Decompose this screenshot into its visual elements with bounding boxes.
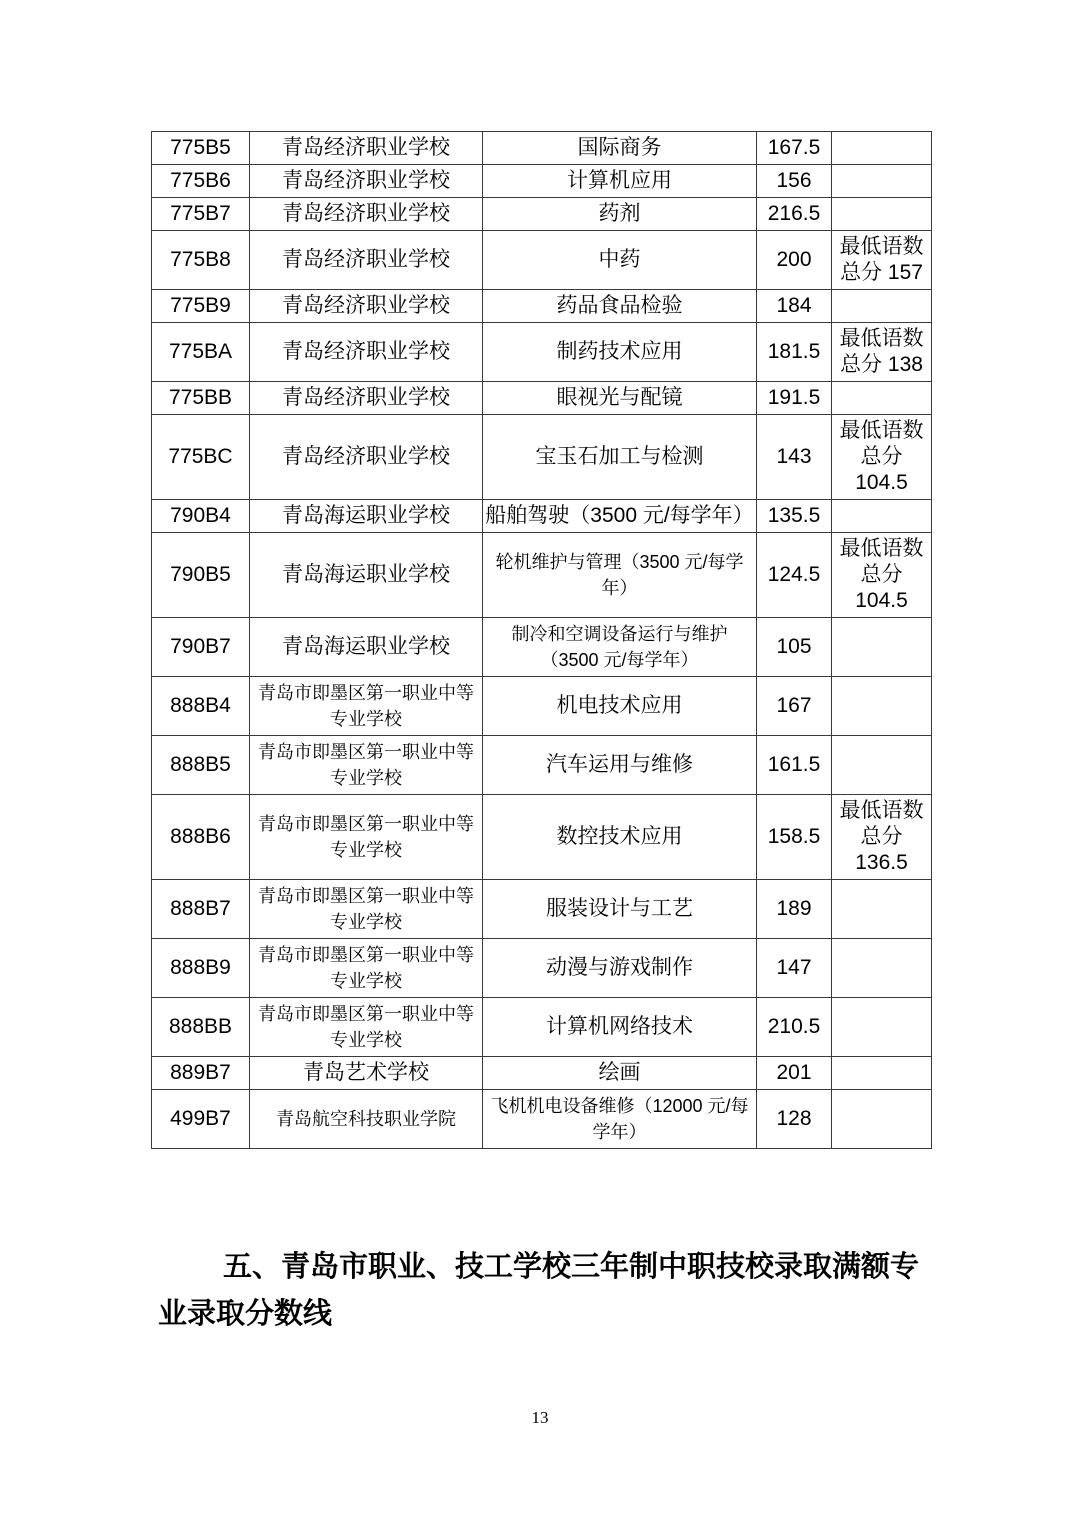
school-cell: 青岛经济职业学校 <box>250 415 483 500</box>
score-cell: 191.5 <box>757 382 832 415</box>
score-cell: 167 <box>757 677 832 736</box>
code-cell: 790B5 <box>152 533 250 618</box>
school-cell: 青岛经济职业学校 <box>250 198 483 231</box>
table-row: 775BC青岛经济职业学校宝玉石加工与检测143最低语数总分 104.5 <box>152 415 932 500</box>
note-cell <box>832 939 932 998</box>
score-cell: 105 <box>757 618 832 677</box>
school-cell: 青岛经济职业学校 <box>250 132 483 165</box>
table-row: 888BB青岛市即墨区第一职业中等专业学校计算机网络技术210.5 <box>152 998 932 1057</box>
note-cell <box>832 880 932 939</box>
table-row: 775B6青岛经济职业学校计算机应用156 <box>152 165 932 198</box>
table-row: 790B5青岛海运职业学校轮机维护与管理（3500 元/每学年）124.5最低语… <box>152 533 932 618</box>
code-cell: 888B5 <box>152 736 250 795</box>
note-cell <box>832 382 932 415</box>
table-row: 790B7青岛海运职业学校制冷和空调设备运行与维护（3500 元/每学年）105 <box>152 618 932 677</box>
table-row: 775B9青岛经济职业学校药品食品检验184 <box>152 290 932 323</box>
note-cell: 最低语数总分 136.5 <box>832 795 932 880</box>
school-cell: 青岛经济职业学校 <box>250 323 483 382</box>
school-cell: 青岛经济职业学校 <box>250 231 483 290</box>
score-cell: 181.5 <box>757 323 832 382</box>
table-row: 775BA青岛经济职业学校制药技术应用181.5最低语数总分 138 <box>152 323 932 382</box>
school-cell: 青岛艺术学校 <box>250 1057 483 1090</box>
note-cell <box>832 618 932 677</box>
table-row: 888B5青岛市即墨区第一职业中等专业学校汽车运用与维修161.5 <box>152 736 932 795</box>
major-cell: 动漫与游戏制作 <box>483 939 757 998</box>
school-cell: 青岛海运职业学校 <box>250 533 483 618</box>
table-row: 775B5青岛经济职业学校国际商务167.5 <box>152 132 932 165</box>
major-cell: 轮机维护与管理（3500 元/每学年） <box>483 533 757 618</box>
school-cell: 青岛市即墨区第一职业中等专业学校 <box>250 880 483 939</box>
admission-table-body: 775B5青岛经济职业学校国际商务167.5775B6青岛经济职业学校计算机应用… <box>152 132 932 1149</box>
major-cell: 数控技术应用 <box>483 795 757 880</box>
code-cell: 775BB <box>152 382 250 415</box>
code-cell: 888B4 <box>152 677 250 736</box>
table-row: 499B7青岛航空科技职业学院飞机机电设备维修（12000 元/每学年）128 <box>152 1090 932 1149</box>
table-row: 888B9青岛市即墨区第一职业中等专业学校动漫与游戏制作147 <box>152 939 932 998</box>
major-cell: 中药 <box>483 231 757 290</box>
note-cell <box>832 998 932 1057</box>
note-cell: 最低语数总分 138 <box>832 323 932 382</box>
major-cell: 机电技术应用 <box>483 677 757 736</box>
note-cell <box>832 677 932 736</box>
table-row: 888B6青岛市即墨区第一职业中等专业学校数控技术应用158.5最低语数总分 1… <box>152 795 932 880</box>
school-cell: 青岛市即墨区第一职业中等专业学校 <box>250 998 483 1057</box>
school-cell: 青岛海运职业学校 <box>250 500 483 533</box>
note-cell <box>832 736 932 795</box>
score-cell: 135.5 <box>757 500 832 533</box>
section-heading: 五、青岛市职业、技工学校三年制中职技校录取满额专业录取分数线 <box>158 1244 933 1338</box>
school-cell: 青岛市即墨区第一职业中等专业学校 <box>250 795 483 880</box>
table-row: 775BB青岛经济职业学校眼视光与配镜191.5 <box>152 382 932 415</box>
major-cell: 制药技术应用 <box>483 323 757 382</box>
table-row: 888B4青岛市即墨区第一职业中等专业学校机电技术应用167 <box>152 677 932 736</box>
code-cell: 888B9 <box>152 939 250 998</box>
school-cell: 青岛市即墨区第一职业中等专业学校 <box>250 736 483 795</box>
major-cell: 汽车运用与维修 <box>483 736 757 795</box>
major-cell: 飞机机电设备维修（12000 元/每学年） <box>483 1090 757 1149</box>
major-cell: 计算机网络技术 <box>483 998 757 1057</box>
document-page: 775B5青岛经济职业学校国际商务167.5775B6青岛经济职业学校计算机应用… <box>0 0 1080 1527</box>
code-cell: 790B7 <box>152 618 250 677</box>
code-cell: 775B7 <box>152 198 250 231</box>
code-cell: 888B7 <box>152 880 250 939</box>
score-cell: 158.5 <box>757 795 832 880</box>
score-cell: 147 <box>757 939 832 998</box>
code-cell: 775B5 <box>152 132 250 165</box>
note-cell: 最低语数总分 157 <box>832 231 932 290</box>
school-cell: 青岛航空科技职业学院 <box>250 1090 483 1149</box>
code-cell: 790B4 <box>152 500 250 533</box>
major-cell: 船舶驾驶（3500 元/每学年） <box>483 500 757 533</box>
score-cell: 143 <box>757 415 832 500</box>
score-cell: 210.5 <box>757 998 832 1057</box>
code-cell: 775BC <box>152 415 250 500</box>
school-cell: 青岛经济职业学校 <box>250 382 483 415</box>
school-cell: 青岛市即墨区第一职业中等专业学校 <box>250 939 483 998</box>
note-cell <box>832 500 932 533</box>
code-cell: 888B6 <box>152 795 250 880</box>
major-cell: 药剂 <box>483 198 757 231</box>
score-cell: 124.5 <box>757 533 832 618</box>
major-cell: 眼视光与配镜 <box>483 382 757 415</box>
code-cell: 888BB <box>152 998 250 1057</box>
table-row: 889B7青岛艺术学校绘画201 <box>152 1057 932 1090</box>
note-cell <box>832 132 932 165</box>
note-cell: 最低语数总分 104.5 <box>832 533 932 618</box>
score-cell: 161.5 <box>757 736 832 795</box>
major-cell: 计算机应用 <box>483 165 757 198</box>
table-row: 790B4青岛海运职业学校船舶驾驶（3500 元/每学年）135.5 <box>152 500 932 533</box>
table-row: 775B8青岛经济职业学校中药200最低语数总分 157 <box>152 231 932 290</box>
major-cell: 制冷和空调设备运行与维护（3500 元/每学年） <box>483 618 757 677</box>
page-number: 13 <box>0 1408 1080 1428</box>
admission-score-table: 775B5青岛经济职业学校国际商务167.5775B6青岛经济职业学校计算机应用… <box>151 131 932 1149</box>
score-cell: 128 <box>757 1090 832 1149</box>
score-cell: 201 <box>757 1057 832 1090</box>
code-cell: 775B6 <box>152 165 250 198</box>
code-cell: 775BA <box>152 323 250 382</box>
school-cell: 青岛海运职业学校 <box>250 618 483 677</box>
major-cell: 宝玉石加工与检测 <box>483 415 757 500</box>
code-cell: 775B9 <box>152 290 250 323</box>
major-cell: 服装设计与工艺 <box>483 880 757 939</box>
table-row: 888B7青岛市即墨区第一职业中等专业学校服装设计与工艺189 <box>152 880 932 939</box>
score-cell: 200 <box>757 231 832 290</box>
score-cell: 184 <box>757 290 832 323</box>
score-cell: 167.5 <box>757 132 832 165</box>
school-cell: 青岛经济职业学校 <box>250 290 483 323</box>
note-cell <box>832 1090 932 1149</box>
school-cell: 青岛经济职业学校 <box>250 165 483 198</box>
score-cell: 156 <box>757 165 832 198</box>
code-cell: 889B7 <box>152 1057 250 1090</box>
major-cell: 药品食品检验 <box>483 290 757 323</box>
major-cell: 国际商务 <box>483 132 757 165</box>
note-cell <box>832 1057 932 1090</box>
note-cell: 最低语数总分 104.5 <box>832 415 932 500</box>
table-row: 775B7青岛经济职业学校药剂216.5 <box>152 198 932 231</box>
code-cell: 499B7 <box>152 1090 250 1149</box>
school-cell: 青岛市即墨区第一职业中等专业学校 <box>250 677 483 736</box>
code-cell: 775B8 <box>152 231 250 290</box>
score-cell: 216.5 <box>757 198 832 231</box>
note-cell <box>832 165 932 198</box>
note-cell <box>832 290 932 323</box>
score-cell: 189 <box>757 880 832 939</box>
major-cell: 绘画 <box>483 1057 757 1090</box>
note-cell <box>832 198 932 231</box>
